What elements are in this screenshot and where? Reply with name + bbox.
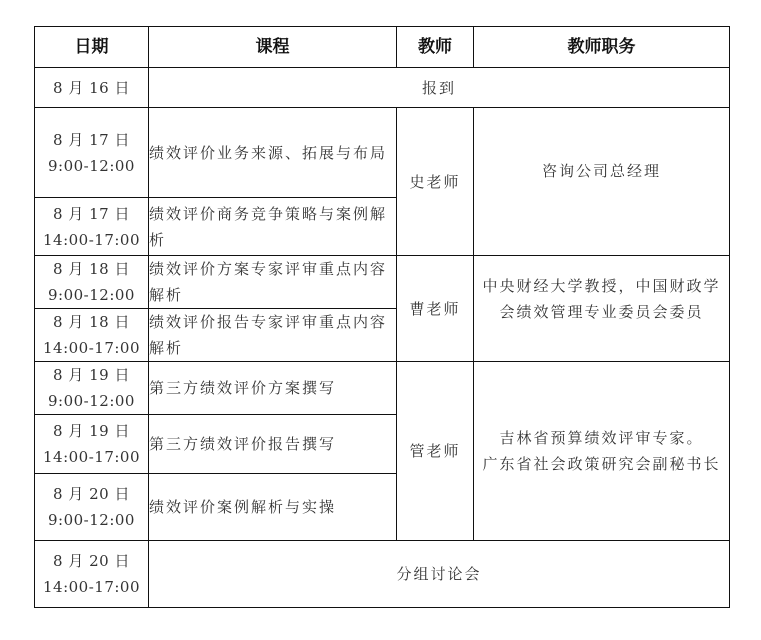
time-text: 9:00-12:00: [35, 282, 148, 308]
time-text: 14:00-17:00: [35, 227, 148, 253]
date-cell: 8 月 20 日 14:00-17:00: [35, 541, 149, 608]
header-row: 日期 课程 教师 教师职务: [35, 27, 730, 68]
date-text: 8 月 20 日: [35, 548, 148, 574]
time-text: 14:00-17:00: [35, 574, 148, 600]
date-cell: 8 月 16 日: [35, 68, 149, 108]
date-text: 8 月 17 日: [35, 201, 148, 227]
time-text: 9:00-12:00: [35, 153, 148, 179]
teacher-cell: 曹老师: [397, 256, 474, 362]
date-text: 8 月 20 日: [35, 481, 148, 507]
date-text: 8 月 18 日: [35, 256, 148, 282]
course-cell: 绩效评价方案专家评审重点内容解析: [149, 256, 397, 309]
date-cell: 8 月 18 日 9:00-12:00: [35, 256, 149, 309]
header-date: 日期: [35, 27, 149, 68]
discussion-cell: 分组讨论会: [149, 541, 730, 608]
date-text: 8 月 16 日: [35, 75, 148, 101]
teacher-role-cell: 咨询公司总经理: [474, 108, 730, 256]
teacher-cell: 史老师: [397, 108, 474, 256]
date-text: 8 月 17 日: [35, 127, 148, 153]
date-cell: 8 月 19 日 9:00-12:00: [35, 362, 149, 415]
course-cell: 绩效评价案例解析与实操: [149, 474, 397, 541]
role-text: 广东省社会政策研究会副秘书长: [474, 451, 729, 477]
table-row: 8 月 20 日 14:00-17:00 分组讨论会: [35, 541, 730, 608]
table-row: 8 月 19 日 9:00-12:00 第三方绩效评价方案撰写 管老师 吉林省预…: [35, 362, 730, 415]
role-text: 中央财经大学教授，中国财政学: [474, 273, 729, 299]
date-cell: 8 月 17 日 14:00-17:00: [35, 198, 149, 256]
table-row: 8 月 18 日 9:00-12:00 绩效评价方案专家评审重点内容解析 曹老师…: [35, 256, 730, 309]
course-cell: 绩效评价业务来源、拓展与布局: [149, 108, 397, 198]
time-text: 14:00-17:00: [35, 444, 148, 470]
teacher-cell: 管老师: [397, 362, 474, 541]
date-cell: 8 月 19 日 14:00-17:00: [35, 415, 149, 474]
time-text: 14:00-17:00: [35, 335, 148, 361]
header-teacher: 教师: [397, 27, 474, 68]
header-teacher-role: 教师职务: [474, 27, 730, 68]
date-cell: 8 月 17 日 9:00-12:00: [35, 108, 149, 198]
time-text: 9:00-12:00: [35, 388, 148, 414]
course-cell: 绩效评价报告专家评审重点内容解析: [149, 309, 397, 362]
course-cell: 第三方绩效评价报告撰写: [149, 415, 397, 474]
teacher-role-cell: 吉林省预算绩效评审专家。 广东省社会政策研究会副秘书长: [474, 362, 730, 541]
date-text: 8 月 18 日: [35, 309, 148, 335]
date-cell: 8 月 18 日 14:00-17:00: [35, 309, 149, 362]
course-cell: 绩效评价商务竞争策略与案例解析: [149, 198, 397, 256]
role-text: 咨询公司总经理: [474, 158, 729, 184]
role-text: 吉林省预算绩效评审专家。: [474, 425, 729, 451]
role-text: 会绩效管理专业委员会委员: [474, 299, 729, 325]
table-row: 8 月 17 日 9:00-12:00 绩效评价业务来源、拓展与布局 史老师 咨…: [35, 108, 730, 198]
table-row: 8 月 16 日 报到: [35, 68, 730, 108]
teacher-role-cell: 中央财经大学教授，中国财政学 会绩效管理专业委员会委员: [474, 256, 730, 362]
date-text: 8 月 19 日: [35, 362, 148, 388]
course-cell: 第三方绩效评价方案撰写: [149, 362, 397, 415]
schedule-table: 日期 课程 教师 教师职务 8 月 16 日 报到 8 月 17 日 9:00-…: [34, 26, 730, 608]
time-text: 9:00-12:00: [35, 507, 148, 533]
date-cell: 8 月 20 日 9:00-12:00: [35, 474, 149, 541]
registration-cell: 报到: [149, 68, 730, 108]
date-text: 8 月 19 日: [35, 418, 148, 444]
header-course: 课程: [149, 27, 397, 68]
